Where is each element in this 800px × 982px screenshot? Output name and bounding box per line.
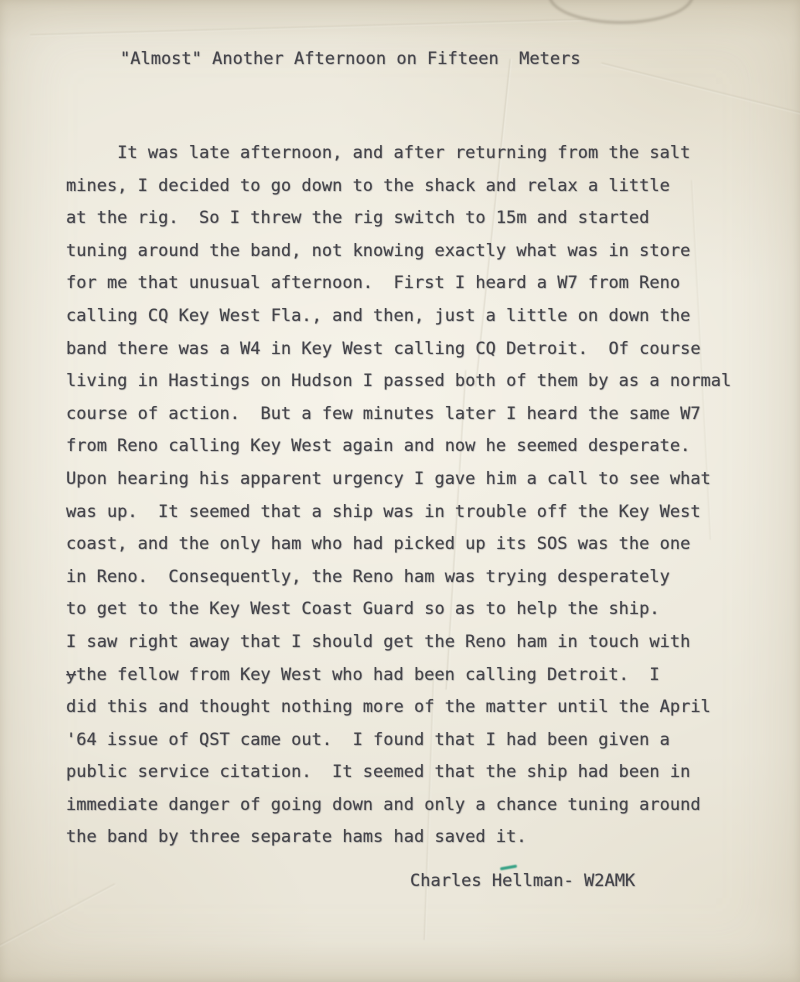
typed-line: was up. It seemed that a ship was in tro… xyxy=(66,496,776,529)
typed-line: did this and thought nothing more of the… xyxy=(66,691,776,724)
typed-line: from Reno calling Key West again and now… xyxy=(66,430,776,463)
typed-line: living in Hastings on Hudson I passed bo… xyxy=(66,365,776,398)
signature-line: Charles Hellman- W2AMK xyxy=(410,871,635,891)
typed-line: calling CQ Key West Fla., and then, just… xyxy=(66,300,776,333)
scanned-typewritten-page: "Almost" Another Afternoon on Fifteen Me… xyxy=(0,0,800,982)
paper-crease xyxy=(601,62,800,117)
typed-line: to get to the Key West Coast Guard so as… xyxy=(66,593,776,626)
green-pen-mark xyxy=(500,865,517,870)
typed-line: '64 issue of QST came out. I found that … xyxy=(66,724,776,757)
typed-line: the band by three separate hams had save… xyxy=(66,821,776,854)
typed-line: It was late afternoon, and after returni… xyxy=(66,137,776,170)
typed-line: for me that unusual afternoon. First I h… xyxy=(66,267,776,300)
document-title: "Almost" Another Afternoon on Fifteen Me… xyxy=(120,49,581,69)
document-body: It was late afternoon, and after returni… xyxy=(66,137,776,854)
typed-line: tuning around the band, not knowing exac… xyxy=(66,235,776,268)
typed-line: at the rig. So I threw the rig switch to… xyxy=(66,202,776,235)
typed-line: I saw right away that I should get the R… xyxy=(66,626,776,659)
typed-line: public service citation. It seemed that … xyxy=(66,756,776,789)
typed-line: course of action. But a few minutes late… xyxy=(66,398,776,431)
typed-line: in Reno. Consequently, the Reno ham was … xyxy=(66,561,776,594)
paper-crease xyxy=(30,18,590,37)
typed-line: immediate danger of going down and only … xyxy=(66,789,776,822)
paper-crease xyxy=(0,883,116,956)
typed-line: Upon hearing his apparent urgency I gave… xyxy=(66,463,776,496)
typed-line: mines, I decided to go down to the shack… xyxy=(66,170,776,203)
paper-fold-shadow xyxy=(548,0,694,24)
typed-line: band there was a W4 in Key West calling … xyxy=(66,333,776,366)
typed-line: coast, and the only ham who had picked u… xyxy=(66,528,776,561)
typed-line: ɏthe fellow from Key West who had been c… xyxy=(66,659,776,692)
